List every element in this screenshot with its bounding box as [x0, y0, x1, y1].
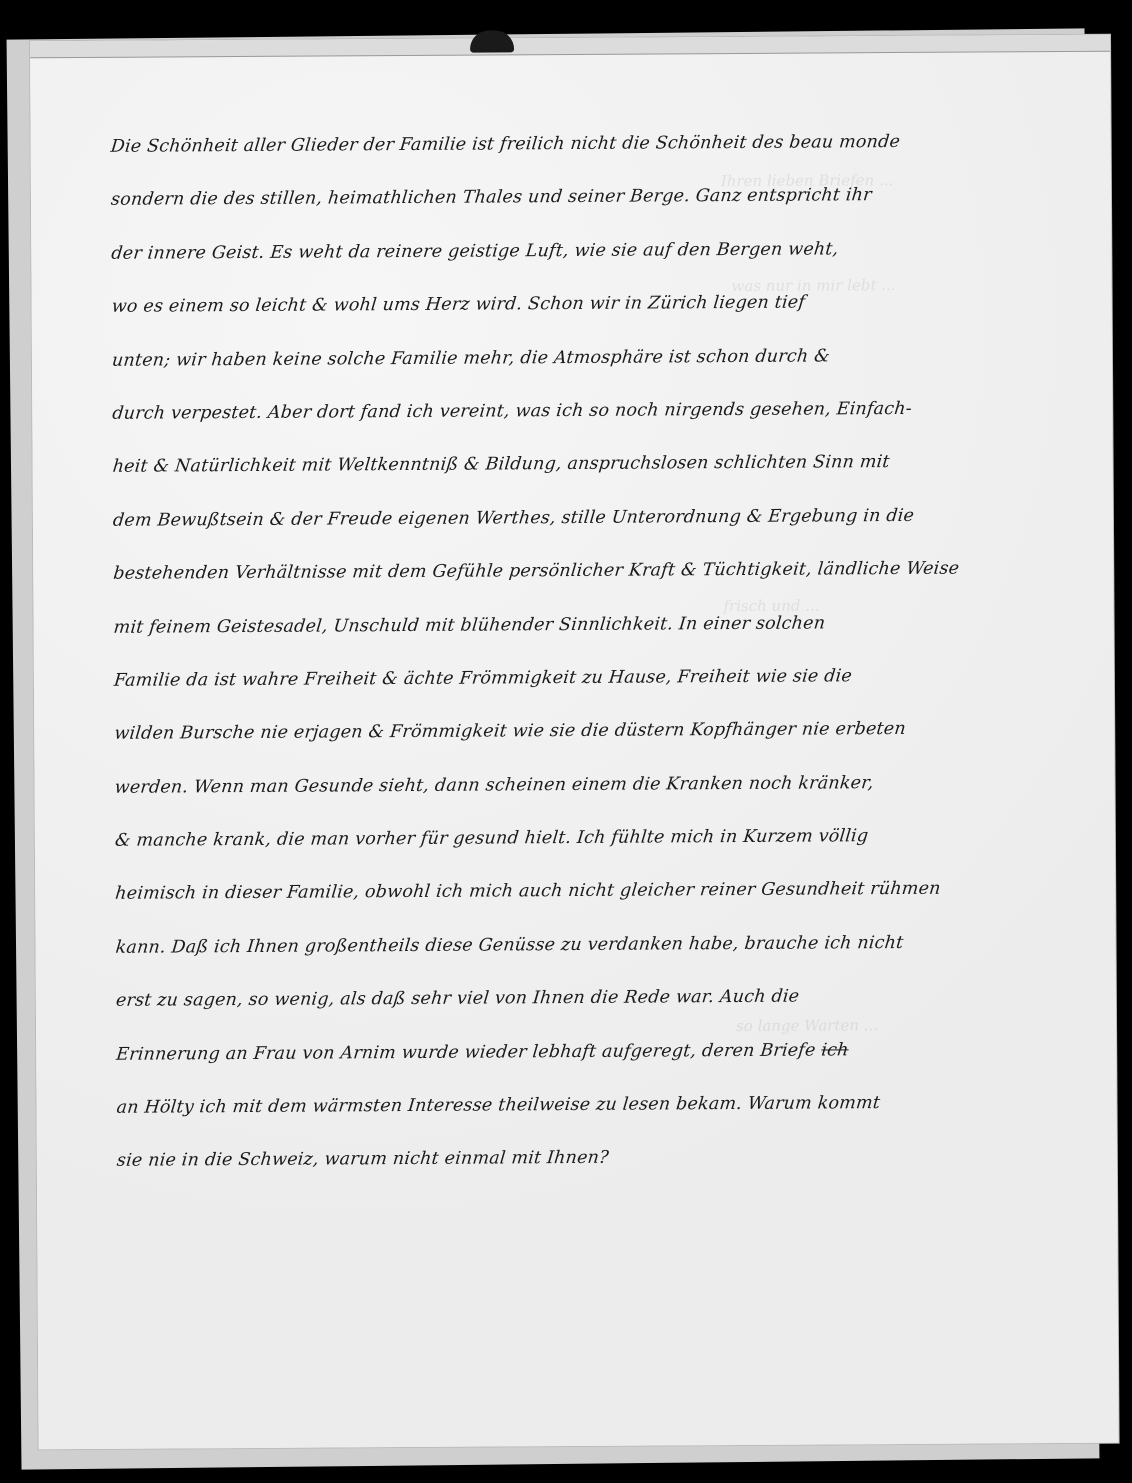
text-line: durch verpestet. Aber dort fand ich vere… [110, 382, 1045, 441]
text-line: wilden Bursche nie erjagen & Frömmigkeit… [112, 702, 1047, 761]
text-line: erst zu sagen, so wenig, als daß sehr vi… [113, 969, 1048, 1028]
text-line: sie nie in die Schweiz, warum nicht einm… [114, 1130, 1049, 1189]
text-line: dem Bewußtsein & der Freude eigenen Wert… [110, 489, 1045, 548]
handwritten-text-body: Die Schönheit aller Glieder der Familie … [110, 115, 1047, 1188]
text-line-content: Erinnerung an Frau von Arnim wurde wiede… [115, 1040, 816, 1064]
text-line: wo es einem so leicht & wohl ums Herz wi… [109, 275, 1044, 334]
struck-word: ich [820, 1040, 849, 1060]
text-line: bestehenden Verhältnisse mit dem Gefühle… [111, 542, 1046, 601]
text-line: heimisch in dieser Familie, obwohl ich m… [113, 863, 1048, 922]
text-line: heit & Natürlichkeit mit Weltkenntniß & … [110, 435, 1045, 494]
text-line: der innere Geist. Es weht da reinere gei… [109, 222, 1044, 281]
text-line: werden. Wenn man Gesunde sieht, dann sch… [112, 756, 1047, 815]
text-line: & manche krank, die man vorher für gesun… [112, 809, 1047, 868]
text-line: Erinnerung an Frau von Arnim wurde wiede… [114, 1023, 1049, 1082]
text-line: sondern die des stillen, heimathlichen T… [108, 168, 1043, 227]
text-line: kann. Daß ich Ihnen großentheils diese G… [113, 916, 1048, 975]
text-line: unten; wir haben keine solche Familie me… [109, 329, 1044, 388]
text-line: mit feinem Geistesadel, Unschuld mit blü… [111, 596, 1046, 655]
text-line: an Hölty ich mit dem wärmsten Interesse … [114, 1076, 1049, 1135]
text-line: Familie da ist wahre Freiheit & ächte Fr… [111, 649, 1046, 708]
letter-page: Ihren lieben Briefen ... was nur in mir … [30, 35, 1119, 1450]
text-line: Die Schönheit aller Glieder der Familie … [108, 115, 1043, 174]
